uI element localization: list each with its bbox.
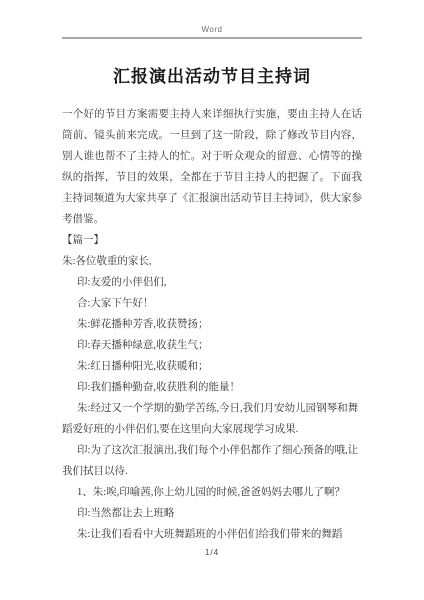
document-body: 一个好的节目方案需要主持人来详细执行实施，要由主持人在话筒前、镜头前来完成。一旦… <box>62 104 362 548</box>
script-line: 印:当然都让去上班略 <box>62 503 362 524</box>
document-title: 汇报演出活动节目主持词 <box>0 62 424 87</box>
page-number-indicator: 1/4 <box>0 548 424 557</box>
intro-paragraph: 一个好的节目方案需要主持人来详细执行实施，要由主持人在话筒前、镜头前来完成。一旦… <box>62 104 362 230</box>
script-line: 朱:鲜花播种芳香,收获赞扬； <box>62 314 362 335</box>
script-line: 印:友爱的小伴侣们, <box>62 272 362 293</box>
script-line: 朱:经过又一个学期的勤学苦练,今日,我们月安幼儿园钢琴和舞蹈爱好班的小伴侣们,要… <box>62 398 362 440</box>
script-line: 朱:红日播种阳光,收获暖和； <box>62 356 362 377</box>
word-app-label: Word <box>0 25 424 34</box>
script-line: 印:春天播种绿意,收获生气； <box>62 335 362 356</box>
script-line: 朱:各位敬重的家长, <box>62 251 362 272</box>
script-line: 合:大家下午好！ <box>62 293 362 314</box>
script-line: 印:为了这次汇报演出,我们每个小伴侣都作了细心预备的哦,让我们拭目以待. <box>62 440 362 482</box>
header-divider-line <box>62 37 362 39</box>
script-line: 印:我们播种勤奋,收获胜利的能量！ <box>62 377 362 398</box>
script-line: 朱:让我们看看中大班舞蹈班的小伴侣们给我们带来的舞蹈《爸爸 <box>62 524 362 548</box>
document-page: Word 汇报演出活动节目主持词 一个好的节目方案需要主持人来详细执行实施，要由… <box>0 0 424 600</box>
script-line: 1、朱:唉,印喻茜,你上幼儿园的时候,爸爸妈妈去哪儿了啊？ <box>62 482 362 503</box>
section-marker: 【篇一】 <box>62 230 362 251</box>
